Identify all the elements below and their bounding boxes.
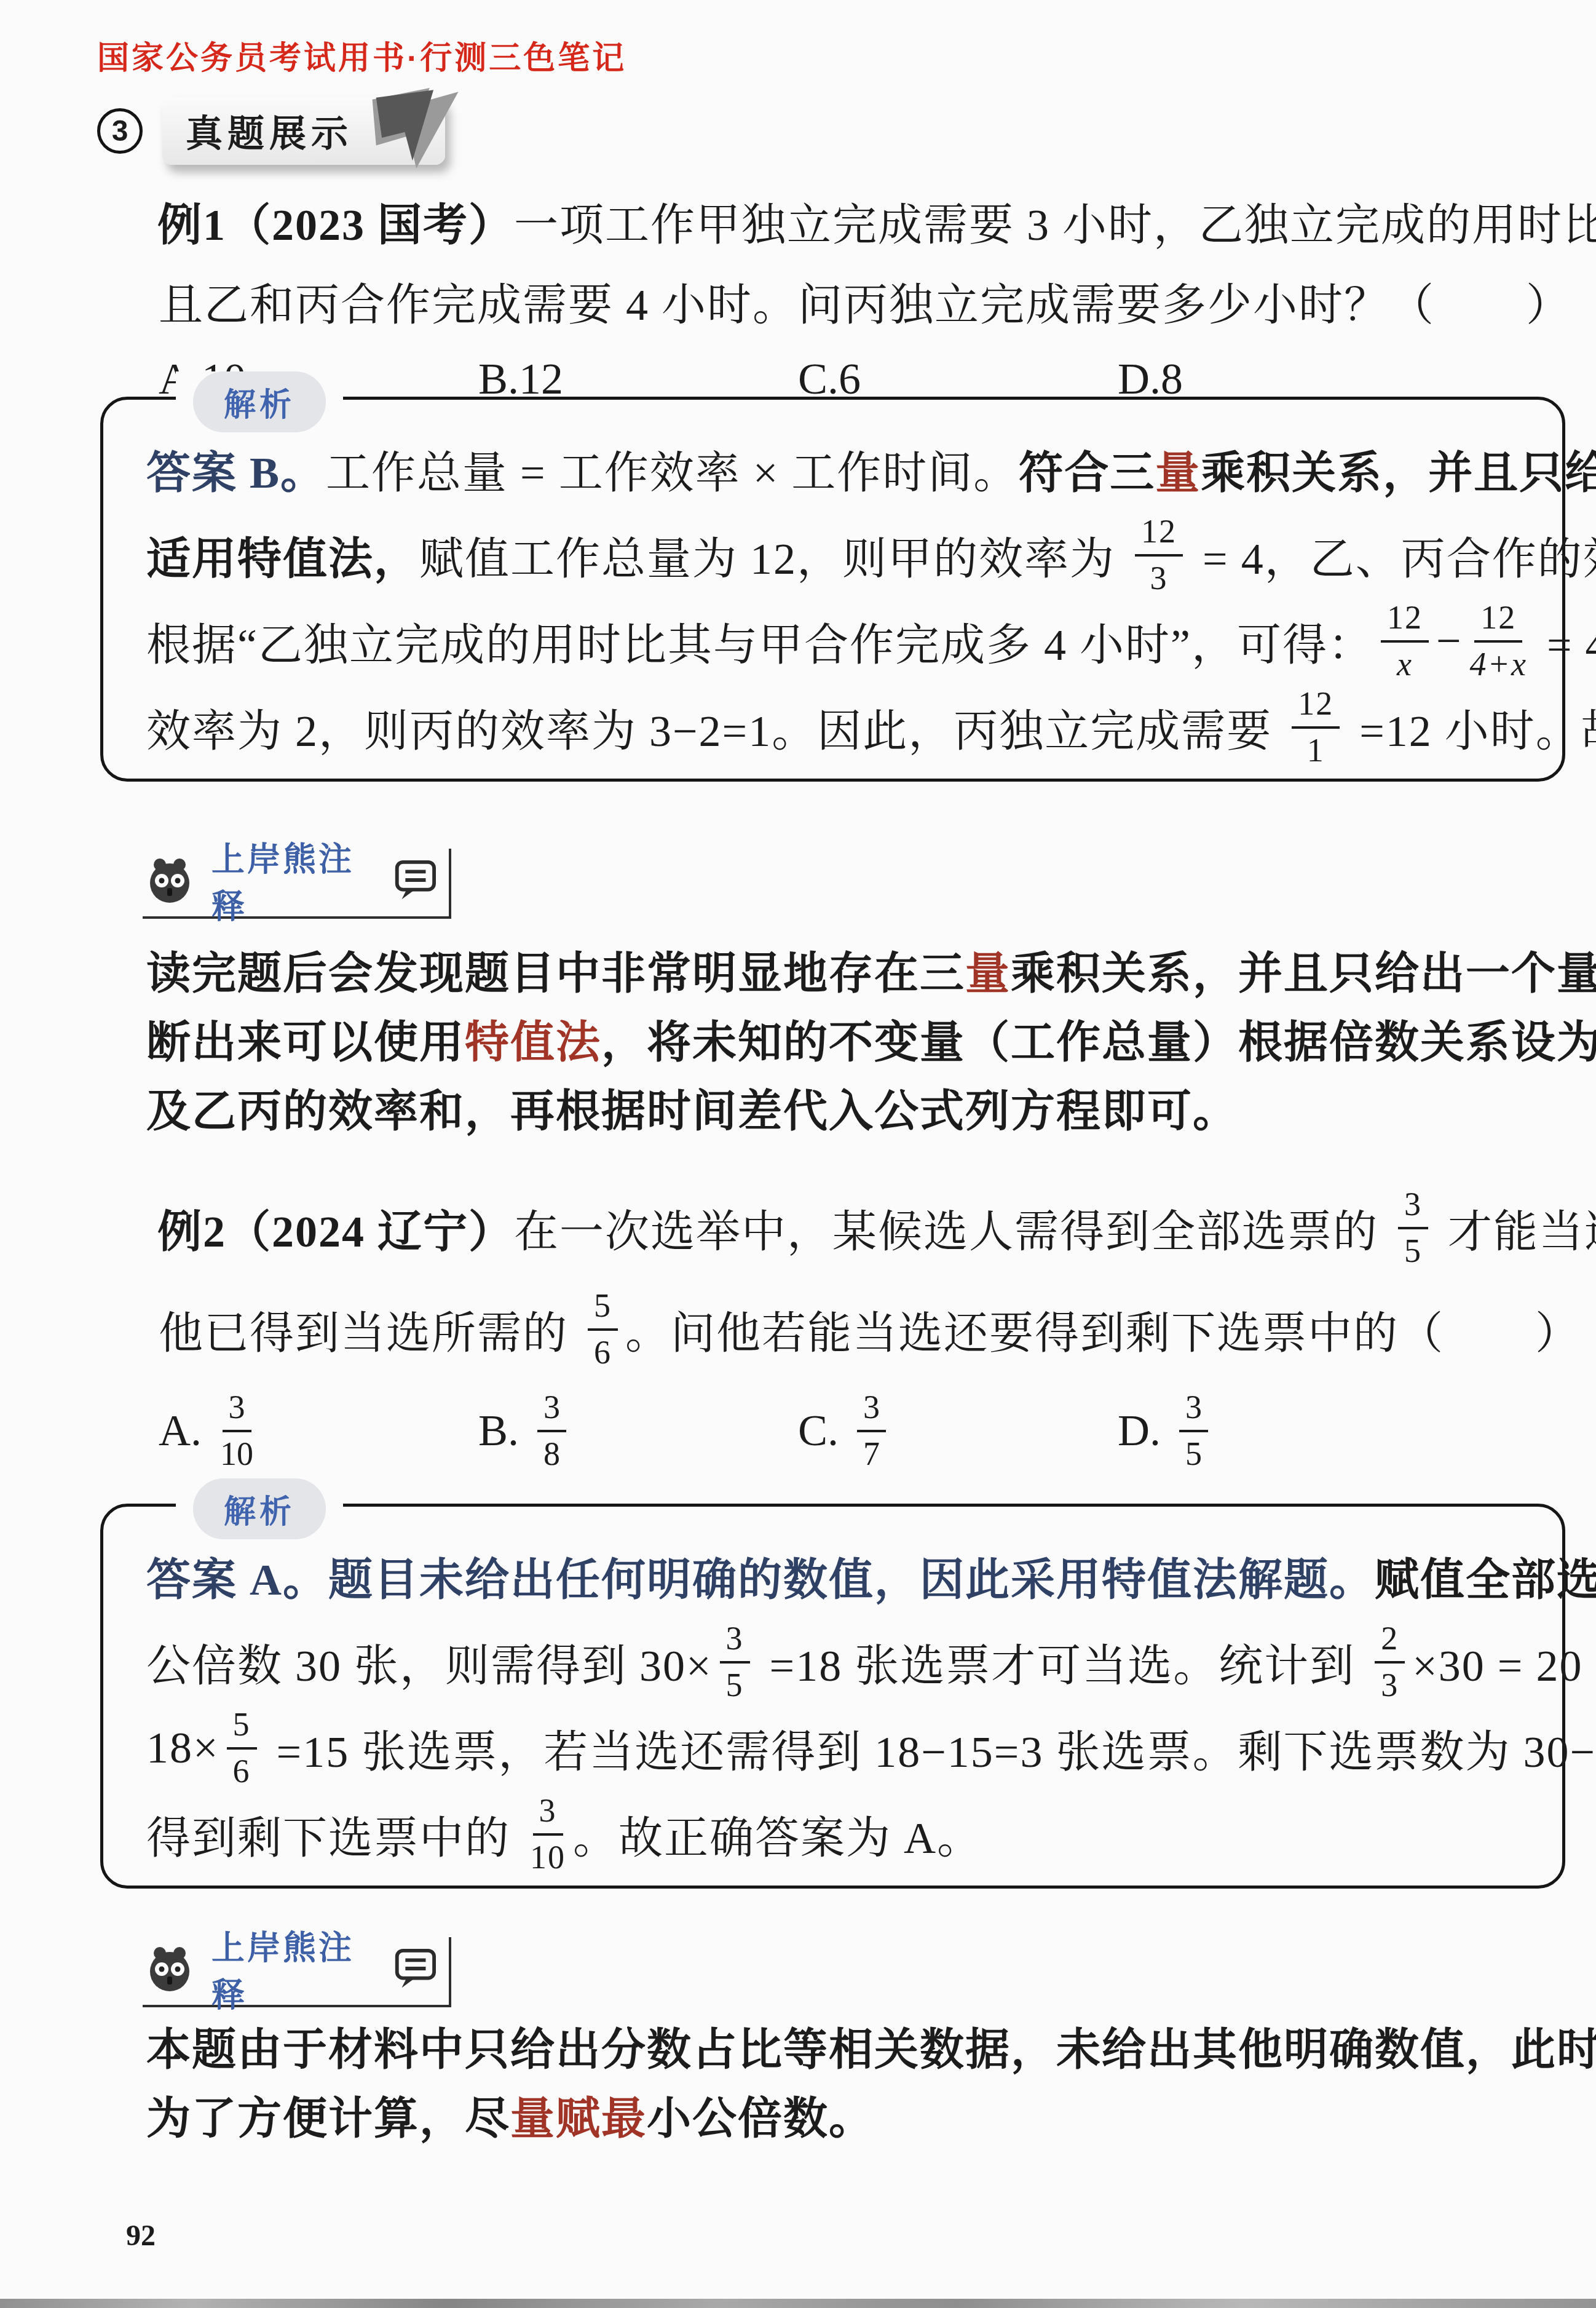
section-number-badge: 3 <box>97 108 143 154</box>
note1-line3: 及乙丙的效率和，再根据时间差代入公式列方程即可。 <box>146 1073 1562 1141</box>
analysis-box-1: 解析 答案 B。工作总量 = 工作效率 × 工作时间。符合三量乘积关系，并且只给… <box>100 397 1565 782</box>
page-number: 92 <box>126 2219 156 2253</box>
option-c: C. 37 <box>798 1381 1118 1480</box>
analysis2-line1: 答案 A。题目未给出任何明确的数值，因此采用特值法解题。赋值全部选票为所有分数分… <box>146 1533 1528 1619</box>
ribbon-arrow-icon <box>365 86 464 172</box>
analysis-label-wrap: 解析 <box>176 1478 343 1539</box>
section-heading: 3 真题展示 <box>97 97 445 165</box>
note1-line1: 读完题后会发现题目中非常明显地存在三量乘积关系，并且只给出一个量的实际数值，此时… <box>146 935 1562 1004</box>
note2-line2: 为了方便计算，尽量赋最小公倍数。 <box>146 2080 1562 2149</box>
note-title: 上岸熊注释 <box>211 833 371 928</box>
bear-icon <box>145 1945 194 1994</box>
analysis2-line4: 得到剩下选票中的 310。故正确答案为 A。 <box>146 1791 1528 1877</box>
book-title-header: 国家公务员考试用书·行测三色笔记 <box>97 32 626 78</box>
note2-line1: 本题由于材料中只给出分数占比等相关数据，未给出其他明确数值，此时可采用特值法计算… <box>146 2011 1562 2080</box>
example1-line2: 且乙和丙合作完成需要 4 小时。问丙独立完成需要多少小时？（ ） <box>159 263 1559 338</box>
option-a: A. 310 <box>159 1381 478 1480</box>
analysis2-line2: 公倍数 30 张，则需得到 30×35 =18 张选票才可当选。统计到 23×3… <box>146 1619 1528 1705</box>
analysis-label-wrap: 解析 <box>176 371 343 432</box>
section-title-pill: 真题展示 <box>162 97 445 165</box>
note-title: 上岸熊注释 <box>211 1922 371 2017</box>
analysis1-line4: 效率为 2，则丙的效率为 3−2=1。因此，丙独立完成需要 121 =12 小时… <box>146 684 1528 770</box>
analysis1-line1: 答案 B。工作总量 = 工作效率 × 工作时间。符合三量乘积关系，并且只给出工作… <box>146 426 1528 512</box>
comment-bubble-icon <box>389 1947 439 1991</box>
note1-line2: 断出来可以使用特值法，将未知的不变量（工作总量）根据倍数关系设为 12，即可求出… <box>146 1004 1562 1073</box>
analysis-label: 解析 <box>193 371 326 432</box>
note-section1-text: 读完题后会发现题目中非常明显地存在三量乘积关系，并且只给出一个量的实际数值，此时… <box>146 935 1562 1141</box>
example2-options-row: A. 310 B. 38 C. 37 D. 35 <box>159 1381 1437 1480</box>
example2-line1: 例2（2024 辽宁）在一次选举中，某候选人需得到全部选票的 35 才能当选。当… <box>157 1178 1559 1277</box>
scan-bottom-edge <box>0 2299 1596 2308</box>
analysis-label: 解析 <box>193 1478 326 1539</box>
book-page: 国家公务员考试用书·行测三色笔记 3 真题展示 例1（2023 国考）一项工作甲… <box>0 0 1596 2308</box>
option-b: B. 38 <box>478 1381 798 1480</box>
bear-icon <box>145 856 194 905</box>
example2-line2: 他已得到当选所需的 56。问他若能当选还要得到剩下选票中的（ ） <box>159 1279 1559 1379</box>
analysis1-line3: 根据“乙独立完成的用时比其与甲合作完成多 4 小时”，可得：12x−124+x … <box>146 598 1528 684</box>
example1-line1: 例1（2023 国考）一项工作甲独立完成需要 3 小时，乙独立完成的用时比其与甲… <box>157 183 1559 258</box>
note-section2-text: 本题由于材料中只给出分数占比等相关数据，未给出其他明确数值，此时可采用特值法计算… <box>146 2011 1562 2149</box>
analysis2-line3: 18×56 =15 张选票，若当选还需得到 18−15=3 张选票。剩下选票数为… <box>146 1705 1528 1791</box>
analysis-box-2: 解析 答案 A。题目未给出任何明确的数值，因此采用特值法解题。赋值全部选票为所有… <box>100 1504 1565 1889</box>
note-section1-header: 上岸熊注释 <box>143 849 451 919</box>
option-d: D. 35 <box>1118 1381 1437 1480</box>
note-section2-header: 上岸熊注释 <box>143 1937 451 2007</box>
analysis1-line2: 适用特值法，赋值工作总量为 12，则甲的效率为 123 = 4，乙、丙合作的效率… <box>146 512 1528 598</box>
section-title: 真题展示 <box>186 113 353 154</box>
comment-bubble-icon <box>389 859 439 903</box>
